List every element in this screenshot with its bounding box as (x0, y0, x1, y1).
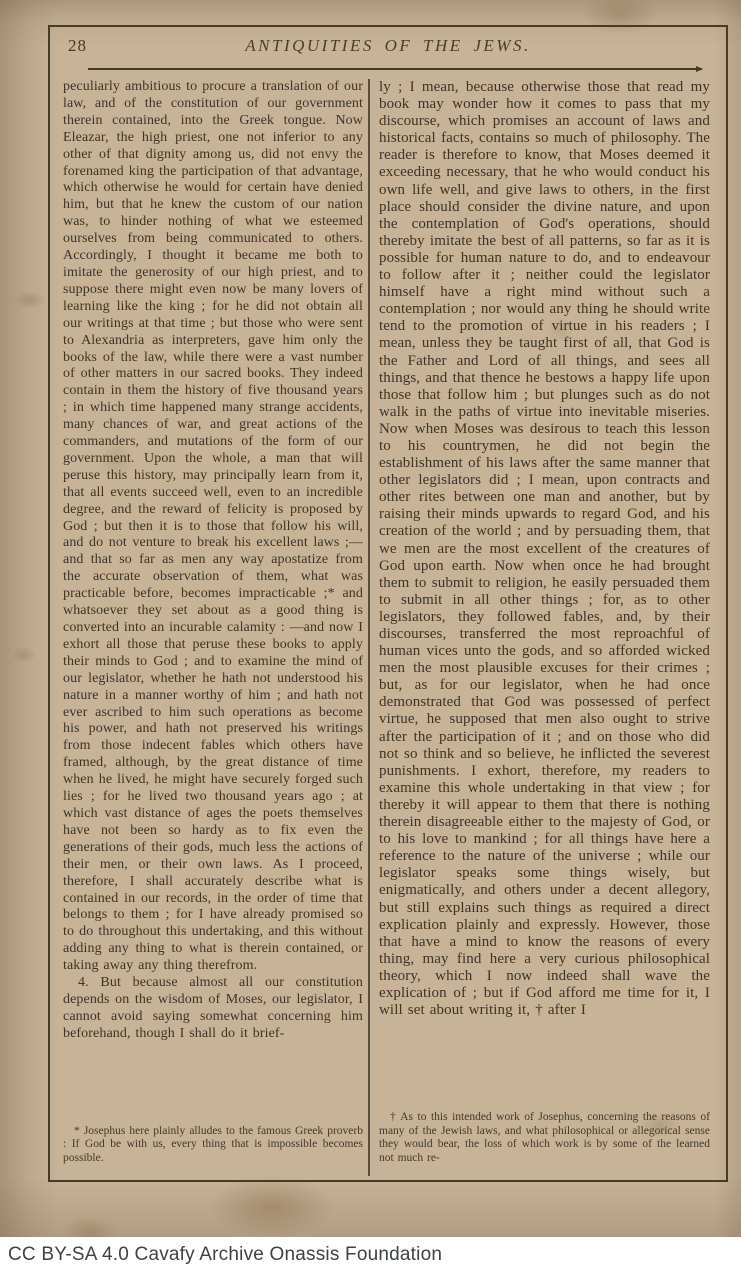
footnote-right: † As to this intended work of Josephus, … (379, 1111, 710, 1166)
license-bar: CC BY-SA 4.0 Cavafy Archive Onassis Foun… (0, 1237, 741, 1272)
body-paragraph: peculiarly ambitious to procure a transl… (63, 79, 363, 975)
body-paragraph: 4. But because almost all our constituti… (63, 975, 363, 1043)
column-right: ly ; I mean, because otherwise those tha… (379, 79, 710, 1176)
paper-background: 28 ANTIQUITIES OF THE JEWS. peculiarly a… (0, 0, 741, 1237)
footnote-left: * Josephus here plainly alludes to the f… (63, 1125, 363, 1166)
column-left: peculiarly ambitious to procure a transl… (63, 79, 363, 1176)
body-paragraph: ly ; I mean, because otherwise those tha… (379, 79, 710, 1019)
column-divider (368, 79, 370, 1176)
column-right-body: ly ; I mean, because otherwise those tha… (379, 79, 710, 1110)
license-text: CC BY-SA 4.0 Cavafy Archive Onassis Foun… (8, 1244, 442, 1266)
column-left-body: peculiarly ambitious to procure a transl… (63, 79, 363, 1122)
running-title: ANTIQUITIES OF THE JEWS. (50, 36, 726, 56)
text-columns: peculiarly ambitious to procure a transl… (63, 79, 710, 1176)
header-rule (88, 68, 702, 70)
page-frame: 28 ANTIQUITIES OF THE JEWS. peculiarly a… (48, 25, 728, 1182)
scanned-book-page: 28 ANTIQUITIES OF THE JEWS. peculiarly a… (0, 0, 741, 1272)
